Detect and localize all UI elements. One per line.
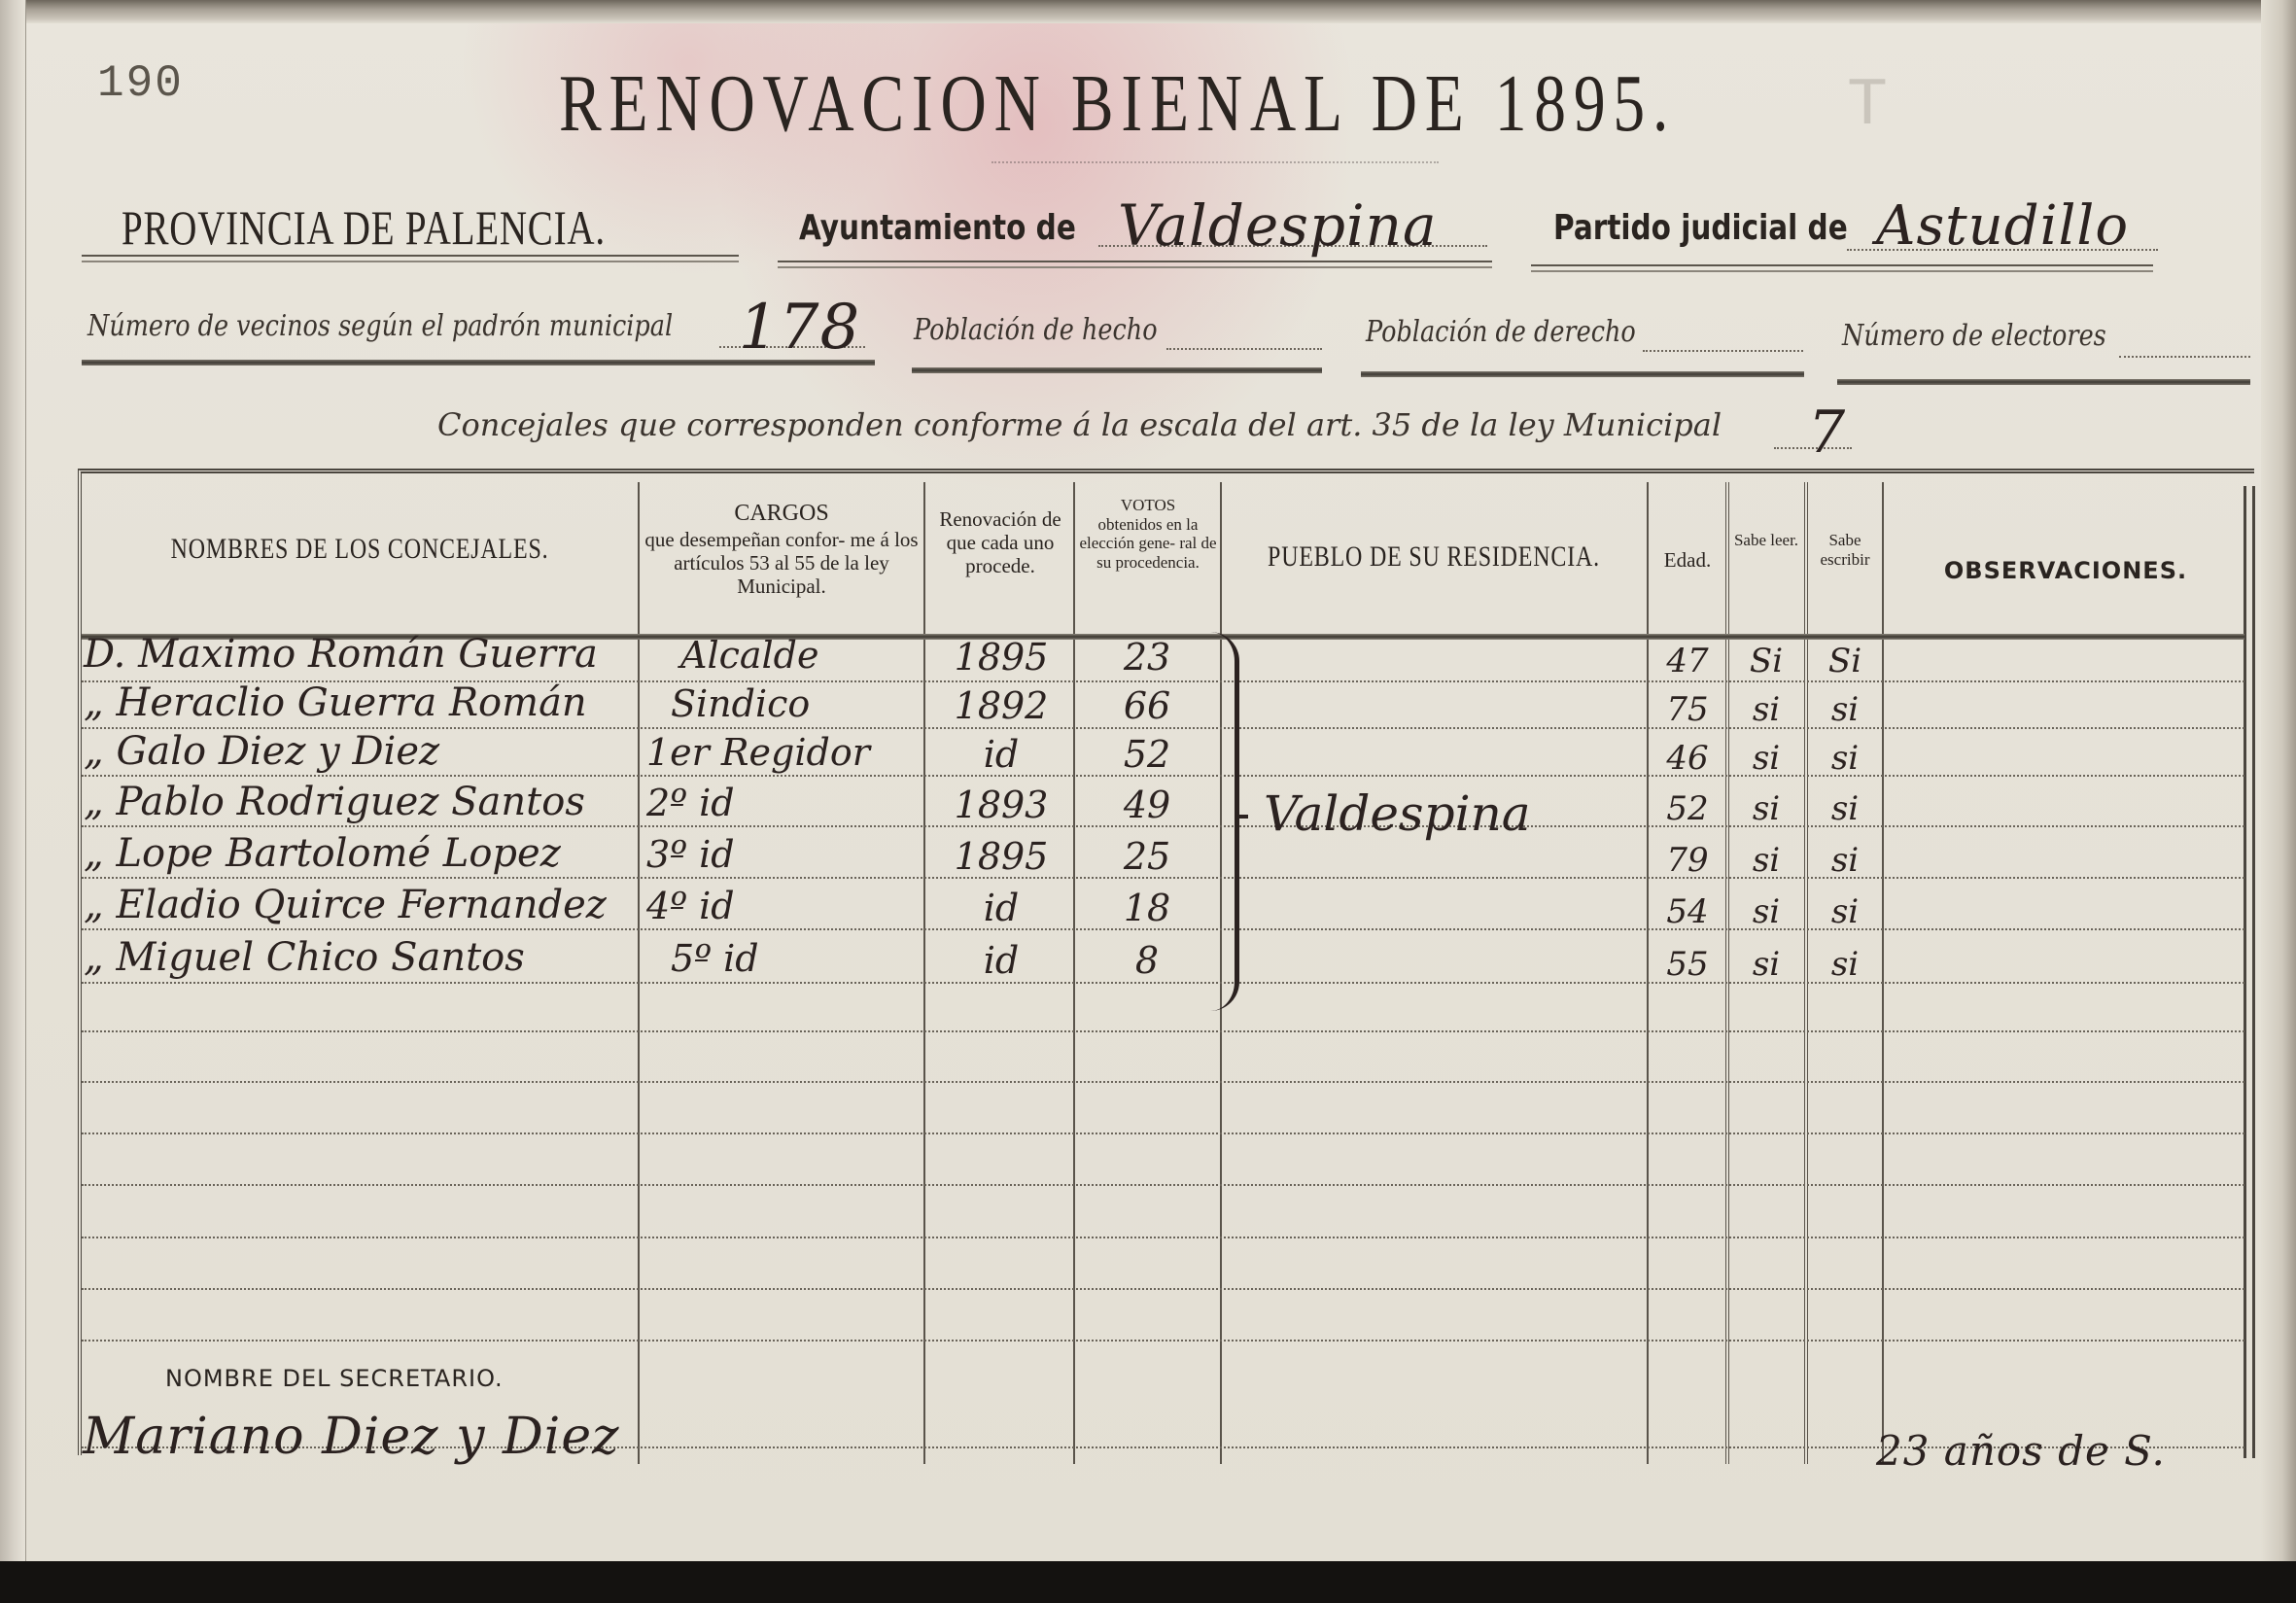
cell-sabe-leer[interactable]: si [1730, 690, 1802, 729]
row-line [82, 1081, 2244, 1083]
cell-sabe-leer[interactable]: si [1730, 789, 1802, 828]
poblacion-hecho-rule [912, 367, 1322, 373]
cell-edad[interactable]: 54 [1651, 892, 1724, 931]
row-line [82, 1340, 2244, 1342]
cell-cargo[interactable]: 2º id [646, 782, 735, 824]
cell-votos[interactable]: 49 [1079, 784, 1215, 826]
poblacion-derecho-rule [1361, 371, 1804, 377]
row-line [82, 1030, 2244, 1032]
binding-right [2261, 0, 2296, 1565]
cell-nombre[interactable]: „ Miguel Chico Santos [84, 935, 525, 980]
cell-votos[interactable]: 8 [1079, 939, 1215, 982]
poblacion-hecho-label: Población de hecho [914, 313, 1158, 347]
header-sabe-leer: Sabe leer. [1730, 531, 1802, 550]
col-divider-edad [1647, 482, 1649, 1464]
cell-renovacion[interactable]: 1895 [933, 835, 1069, 878]
col-divider-votos [1073, 482, 1075, 1464]
header-cargos: CARGOS que desempeñan confor- me á los a… [642, 501, 922, 598]
cell-sabe-escribir[interactable]: si [1808, 892, 1882, 931]
cell-edad[interactable]: 55 [1651, 945, 1724, 984]
partido-rule [1531, 264, 2153, 272]
poblacion-derecho-label: Población de derecho [1366, 315, 1636, 349]
cell-cargo[interactable]: 1er Regidor [646, 731, 870, 774]
col-divider-leer [1725, 482, 1729, 1464]
concejales-label: Concejales que corresponden conforme á l… [437, 406, 1722, 443]
cell-pueblo-residencia[interactable]: Valdespina [1264, 785, 1531, 842]
row-line [82, 1237, 2244, 1238]
cell-renovacion[interactable]: id [933, 733, 1069, 776]
header-cargos-title: CARGOS [642, 501, 922, 528]
row-line [82, 1288, 2244, 1290]
cell-cargo[interactable]: 5º id [671, 937, 759, 980]
header-edad: Edad. [1651, 548, 1724, 572]
cell-cargo[interactable]: 4º id [646, 885, 735, 927]
ayuntamiento-field[interactable]: Valdespina [1118, 192, 1438, 259]
cell-nombre[interactable]: „ Galo Diez y Diez [84, 729, 439, 774]
ayuntamiento-label: Ayuntamiento de [799, 208, 1076, 248]
cell-votos[interactable]: 25 [1079, 835, 1215, 878]
cell-edad[interactable]: 52 [1651, 789, 1724, 828]
cell-edad[interactable]: 75 [1651, 690, 1724, 729]
page-number: 190 [97, 58, 184, 109]
cell-votos[interactable]: 52 [1079, 733, 1215, 776]
cell-cargo[interactable]: Sindico [671, 682, 810, 725]
binding-left [0, 0, 26, 1565]
grouping-brace [1205, 632, 1239, 1011]
cell-sabe-leer[interactable]: si [1730, 739, 1802, 778]
concejales-field[interactable]: 7 [1808, 399, 1846, 467]
cell-nombre[interactable]: „ Heraclio Guerra Román [84, 680, 587, 725]
cell-sabe-escribir[interactable]: si [1808, 690, 1882, 729]
cell-sabe-escribir[interactable]: si [1808, 841, 1882, 880]
partido-label: Partido judicial de [1553, 208, 1848, 248]
bleed-through-text: T [1847, 68, 1888, 145]
province-label: PROVINCIA DE PALENCIA. [122, 199, 606, 256]
scan-background [0, 1561, 2296, 1603]
cell-votos[interactable]: 66 [1079, 684, 1215, 727]
province-rule [82, 255, 739, 262]
cell-renovacion[interactable]: id [933, 939, 1069, 982]
secretario-age[interactable]: 23 años de S. [1876, 1427, 2166, 1475]
electores-field[interactable] [2119, 356, 2250, 358]
header-pueblo: PUEBLO DE SU RESIDENCIA. [1267, 540, 1601, 575]
title-underline [991, 161, 1439, 169]
header-votos-sub: obtenidos en la elección gene- ral de su… [1077, 515, 1219, 573]
electores-label: Número de electores [1842, 319, 2106, 353]
cell-votos[interactable]: 23 [1079, 636, 1215, 679]
cell-sabe-leer[interactable]: si [1730, 892, 1802, 931]
cell-nombre[interactable]: „ Eladio Quirce Fernandez [84, 883, 607, 927]
header-renovacion: Renovación de que cada uno procede. [928, 507, 1072, 577]
row-line [82, 982, 2244, 984]
header-observaciones: OBSERVACIONES. [1888, 558, 2244, 585]
cell-nombre[interactable]: D. Maximo Román Guerra [84, 632, 598, 677]
poblacion-derecho-field[interactable] [1643, 350, 1803, 352]
electores-rule [1837, 379, 2250, 385]
cell-renovacion[interactable]: 1892 [933, 684, 1069, 727]
cell-cargo[interactable]: 3º id [646, 833, 735, 876]
row-line [82, 1133, 2244, 1134]
cell-nombre[interactable]: „ Pablo Rodriguez Santos [84, 780, 585, 824]
cell-edad[interactable]: 79 [1651, 841, 1724, 880]
cell-edad[interactable]: 46 [1651, 739, 1724, 778]
binding-top [0, 0, 2296, 23]
cell-sabe-escribir[interactable]: si [1808, 739, 1882, 778]
col-divider-observaciones [1882, 482, 1884, 1464]
vecinos-field[interactable]: 178 [739, 292, 860, 364]
secretario-label: NOMBRE DEL SECRETARIO. [165, 1365, 504, 1392]
header-votos: VOTOS obtenidos en la elección gene- ral… [1077, 496, 1219, 572]
col-divider-cargos [638, 482, 640, 1464]
header-votos-title: VOTOS [1077, 496, 1219, 515]
cell-renovacion[interactable]: 1893 [933, 784, 1069, 826]
cell-sabe-leer[interactable]: si [1730, 945, 1802, 984]
partido-field[interactable]: Astudillo [1876, 194, 2129, 258]
header-nombres: NOMBRES DE LOS CONCEJALES. [142, 533, 577, 567]
cell-renovacion[interactable]: 1895 [933, 636, 1069, 679]
cell-renovacion[interactable]: id [933, 887, 1069, 929]
page-title: RENOVACION BIENAL DE 1895. [559, 56, 1676, 151]
cell-votos[interactable]: 18 [1079, 887, 1215, 929]
cell-sabe-escribir[interactable]: si [1808, 945, 1882, 984]
ledger-page: 190 RENOVACION BIENAL DE 1895. T PROVINC… [0, 0, 2296, 1565]
cell-cargo[interactable]: Alcalde [680, 634, 819, 677]
row-line [82, 1184, 2244, 1186]
cell-sabe-escribir[interactable]: si [1808, 789, 1882, 828]
col-divider-renovacion [923, 482, 925, 1464]
poblacion-hecho-field[interactable] [1166, 348, 1322, 350]
cell-sabe-escribir[interactable]: Si [1808, 642, 1882, 680]
cell-nombre[interactable]: „ Lope Bartolomé Lopez [84, 831, 561, 876]
cell-sabe-leer[interactable]: si [1730, 841, 1802, 880]
header-sabe-escribir: Sabe escribir [1808, 531, 1882, 569]
cell-sabe-leer[interactable]: Si [1730, 642, 1802, 680]
cell-edad[interactable]: 47 [1651, 642, 1724, 680]
vecinos-rule [82, 360, 875, 366]
secretario-name[interactable]: Mariano Diez y Diez [83, 1408, 619, 1466]
table-right-border [2244, 486, 2255, 1458]
header-cargos-sub: que desempeñan confor- me á los artículo… [642, 528, 922, 598]
ayuntamiento-rule [778, 261, 1492, 268]
grouping-brace-tip [1235, 815, 1248, 819]
vecinos-label: Número de vecinos según el padrón munici… [87, 309, 673, 343]
